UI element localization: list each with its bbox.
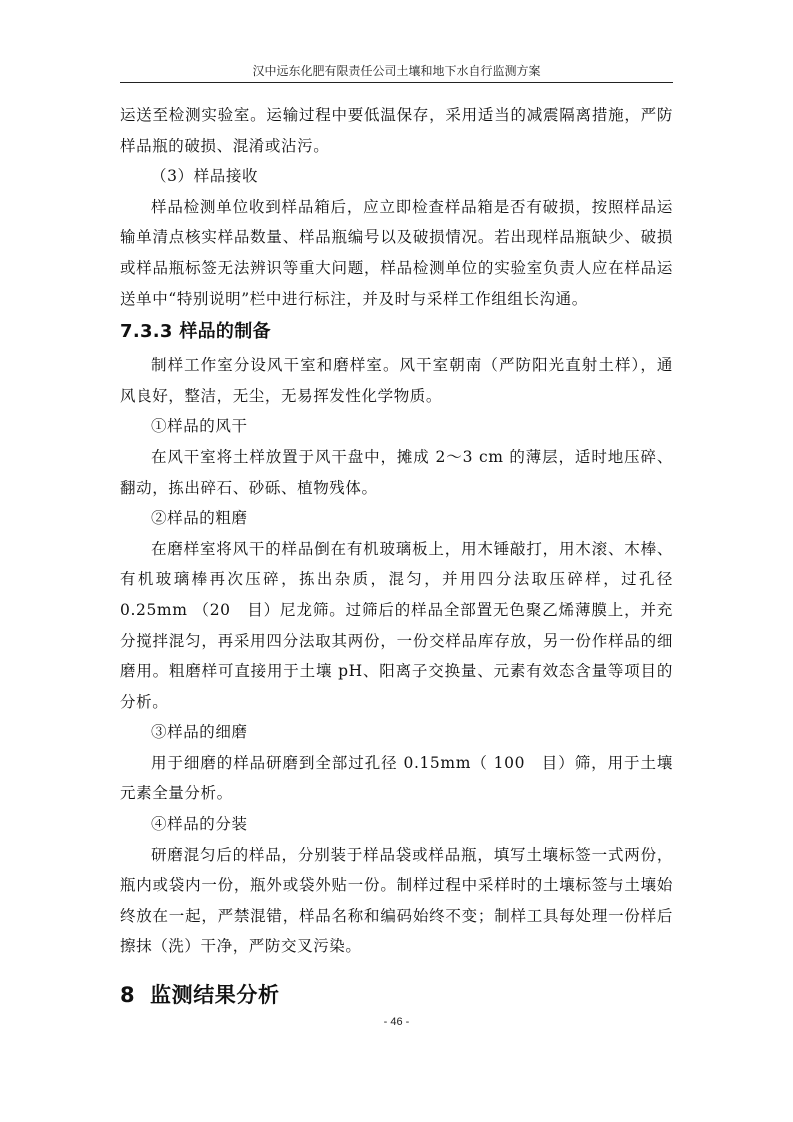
section-heading-8: 8监测结果分析 xyxy=(120,980,673,1010)
paragraph-transport-continued: 运送至检测实验室。运输过程中要低温保存，采用适当的减震隔离措施，严防样品瓶的破损… xyxy=(120,100,673,161)
paragraph-fine-grinding: 用于细磨的样品研磨到全部过孔径 0.15mm（ 100 目）筛，用于土壤元素全量… xyxy=(120,748,673,809)
running-header: 汉中远东化肥有限责任公司土壤和地下水自行监测方案 xyxy=(120,62,673,82)
subheading-coarse-grinding: ②样品的粗磨 xyxy=(120,503,673,534)
paragraph-packaging: 研磨混匀后的样品，分别装于样品袋或样品瓶，填写土壤标签一式两份，瓶内或袋内一份，… xyxy=(120,840,673,962)
paragraph-prep-intro: 制样工作室分设风干室和磨样室。风干室朝南（严防阳光直射土样），通风良好，整洁，无… xyxy=(120,350,673,411)
page-body: 运送至检测实验室。运输过程中要低温保存，采用适当的减震隔离措施，严防样品瓶的破损… xyxy=(120,100,673,1010)
header-divider xyxy=(120,82,673,83)
subheading-packaging: ④样品的分装 xyxy=(120,809,673,840)
section-number: 8 xyxy=(120,980,150,1010)
subheading-air-drying: ①样品的风干 xyxy=(120,411,673,442)
subheading-sample-receipt: （3）样品接收 xyxy=(120,161,673,192)
document-page: 汉中远东化肥有限责任公司土壤和地下水自行监测方案 运送至检测实验室。运输过程中要… xyxy=(0,0,793,1122)
paragraph-coarse-grinding: 在磨样室将风干的样品倒在有机玻璃板上，用木锤敲打，用木滚、木棒、有机玻璃棒再次压… xyxy=(120,534,673,718)
section-title: 监测结果分析 xyxy=(150,983,280,1007)
section-heading-7-3-3: 7.3.3 样品的制备 xyxy=(120,320,673,344)
page-number: - 46 - xyxy=(0,1016,793,1028)
paragraph-sample-receipt: 样品检测单位收到样品箱后，应立即检查样品箱是否有破损，按照样品运输单清点核实样品… xyxy=(120,192,673,314)
paragraph-air-drying: 在风干室将土样放置于风干盘中，摊成 2～3 cm 的薄层，适时地压碎、翻动，拣出… xyxy=(120,442,673,503)
subheading-fine-grinding: ③样品的细磨 xyxy=(120,717,673,748)
